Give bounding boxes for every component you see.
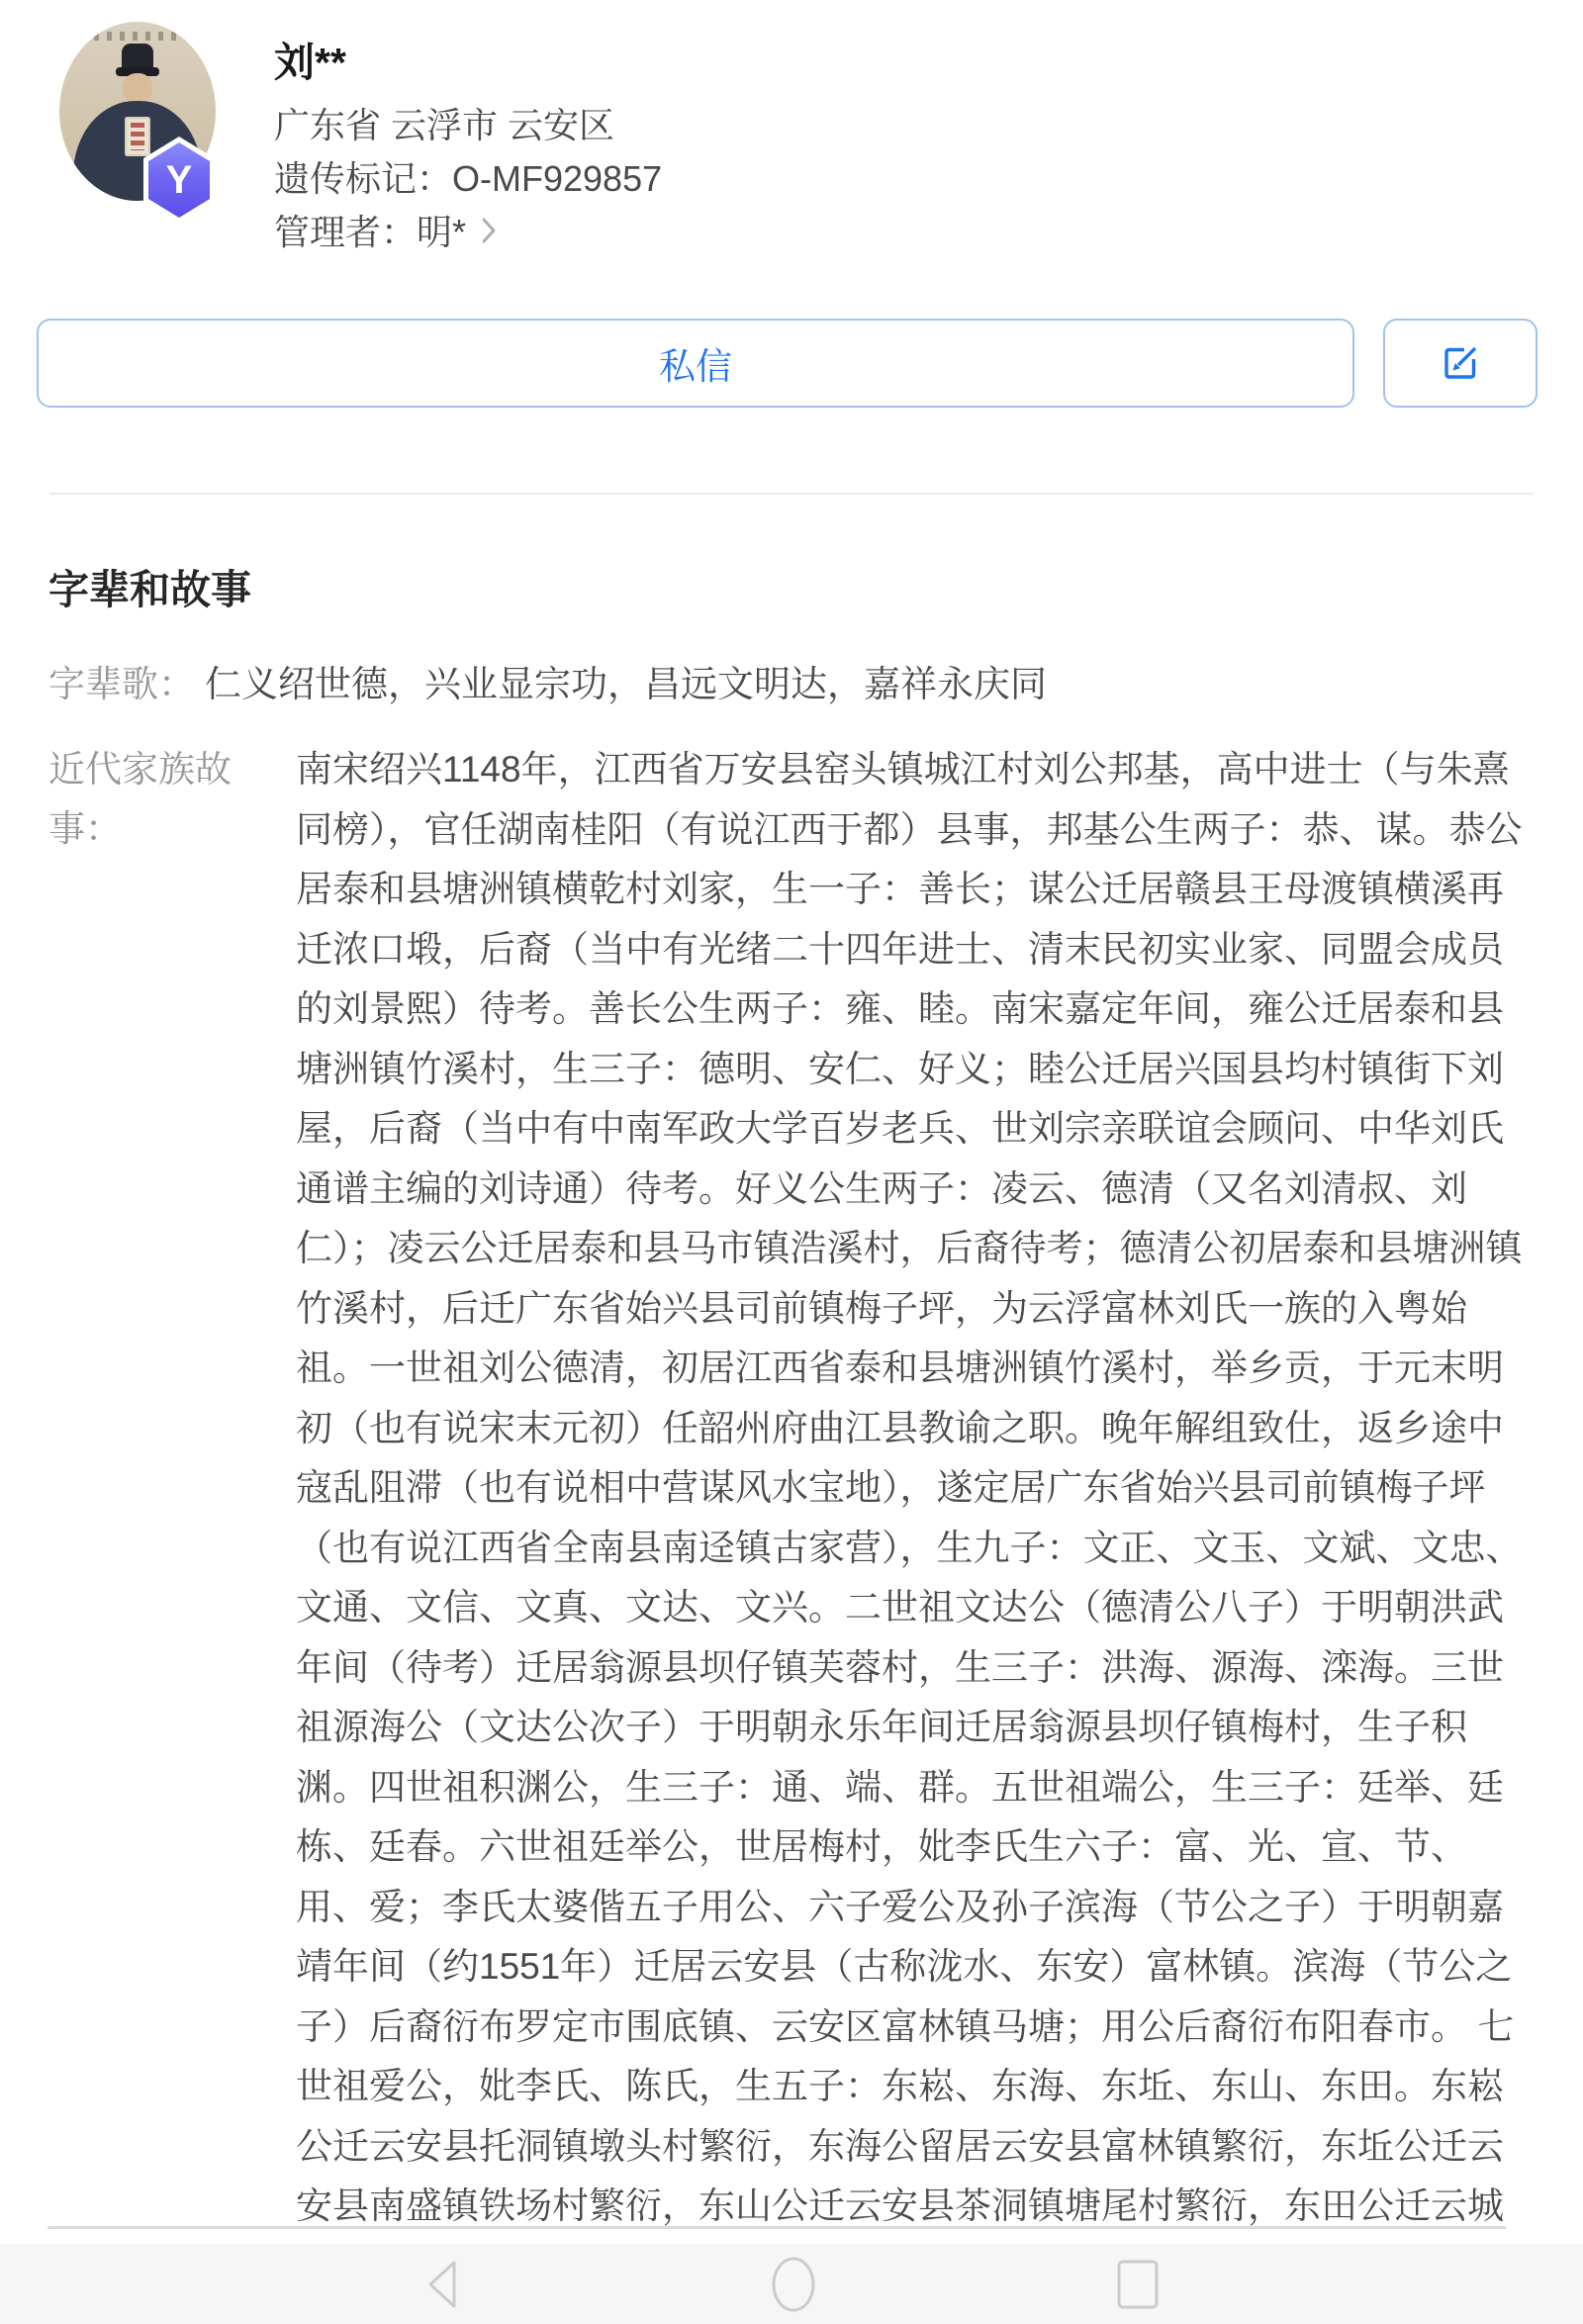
generation-poem-text: 仁义绍世德，兴业显宗功，昌远文明达，嘉祥永庆同 (205, 659, 1047, 710)
generation-poem-label: 字辈歌： (48, 659, 195, 710)
chevron-right-icon[interactable] (480, 216, 498, 245)
admin-label: 管理者： (274, 205, 417, 255)
genetic-marker-label: 遗传标记： (274, 158, 452, 199)
section-divider (49, 493, 1534, 495)
section-title: 字辈和故事 (48, 557, 251, 615)
admin-value: 明* (417, 205, 466, 255)
nav-home-icon[interactable] (768, 2256, 819, 2313)
genetic-marker-value: O-MF929857 (452, 158, 662, 199)
genetic-marker-row: 遗传标记：O-MF929857 (274, 151, 662, 202)
family-story-text: 南宋绍兴1148年，江西省万安县窑头镇城江村刘公邦基，高中进士（与朱熹同榜），官… (296, 740, 1539, 2296)
edit-button[interactable] (1383, 319, 1537, 408)
admin-row[interactable]: 管理者：明* (274, 205, 498, 255)
nav-back-icon[interactable] (422, 2258, 468, 2311)
nav-recents-icon[interactable] (1114, 2257, 1162, 2312)
profile-name: 刘** (274, 30, 346, 88)
family-story-row: 近代家族故事： 南宋绍兴1148年，江西省万安县窑头镇城江村刘公邦基，高中进士（… (48, 740, 1539, 2296)
y-haplogroup-badge-hexagon: Y (148, 142, 210, 218)
avatar-chest-pattern (131, 123, 144, 150)
edit-compose-icon (1438, 340, 1483, 386)
profile-location: 广东省 云浮市 云安区 (274, 98, 614, 148)
private-message-button-label: 私信 (659, 336, 732, 390)
profile-page: Y 刘** 广东省 云浮市 云安区 遗传标记：O-MF929857 管理者：明*… (0, 0, 1583, 2324)
generation-poem-row: 字辈歌： 仁义绍世德，兴业显宗功，昌远文明达，嘉祥永庆同 (48, 659, 1538, 710)
avatar-face-shape (123, 73, 152, 103)
private-message-button[interactable]: 私信 (37, 319, 1354, 408)
y-badge-letter: Y (166, 160, 193, 200)
family-story-label: 近代家族故事： (48, 740, 296, 2296)
avatar-calligraphy-decoration (81, 32, 194, 41)
android-navigation-bar (0, 2244, 1583, 2324)
content-bottom-divider (47, 2226, 1506, 2229)
